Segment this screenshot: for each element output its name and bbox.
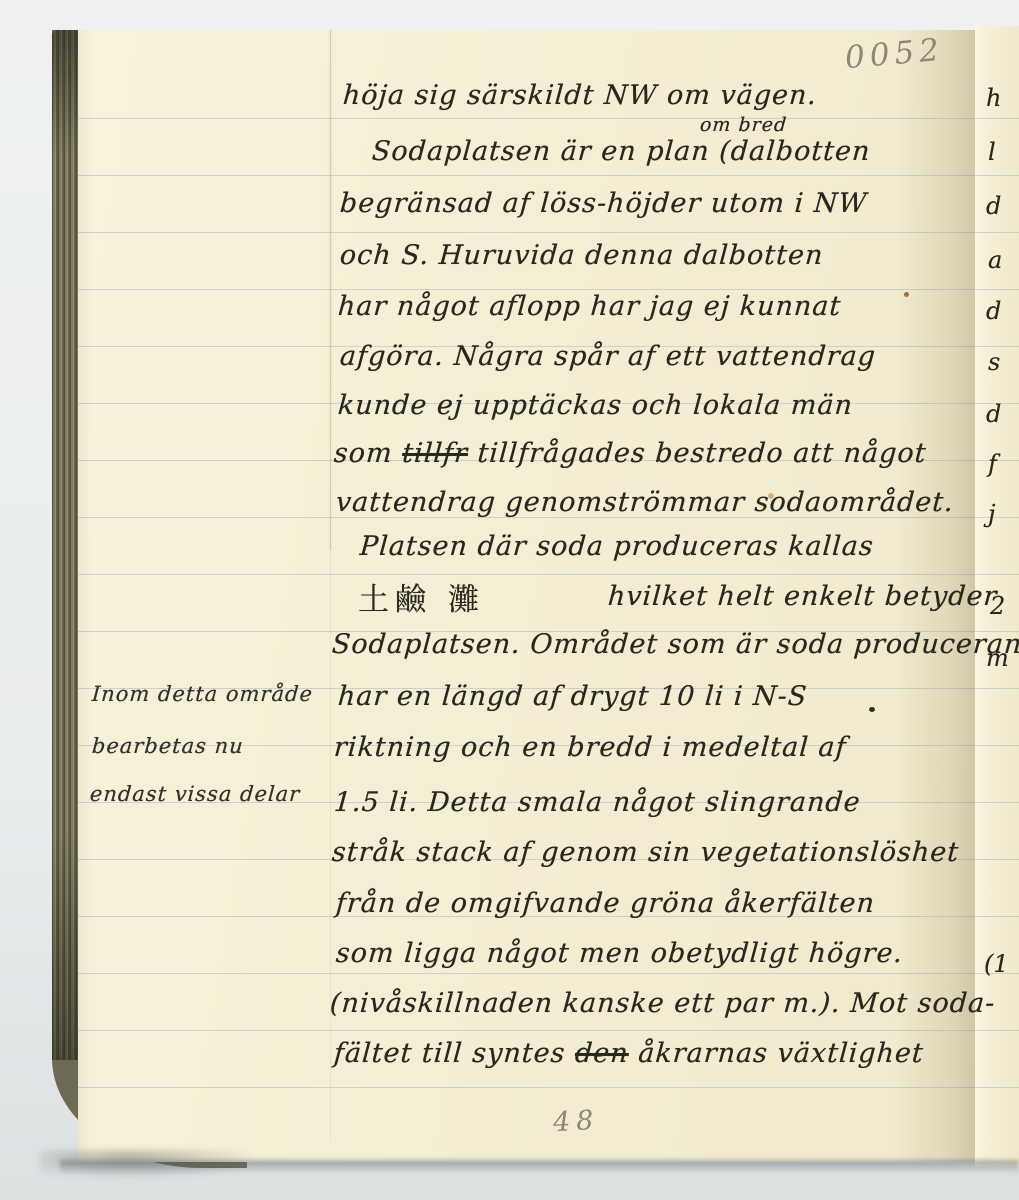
- page-crease-lower: [330, 550, 331, 1140]
- crossed-out-word: tillfr: [401, 438, 469, 469]
- facing-page-text-fragment: h: [986, 84, 1001, 112]
- ink-speck: [904, 292, 909, 297]
- handwriting-line: kunde ej upptäckas och lokala män: [337, 390, 854, 421]
- margin-note-line: bearbetas nu: [91, 734, 244, 758]
- facing-page-text-fragment: j: [988, 500, 995, 528]
- handwriting-line: fältet till syntes den åkrarnas växtligh…: [333, 1038, 925, 1069]
- handwriting-line: vattendrag genomströmmar sodaområdet.: [335, 487, 955, 518]
- handwriting-line: Platsen där soda produceras kallas: [359, 531, 875, 562]
- handwriting-line: som ligga något men obetydligt högre.: [335, 938, 904, 969]
- facing-page-text-fragment: d: [986, 400, 1001, 428]
- page-crease: [330, 30, 331, 550]
- handwriting-line: hvilket helt enkelt betyder: [607, 581, 999, 612]
- corner-shadow: [40, 1150, 260, 1180]
- facing-page-text-fragment: l: [988, 138, 996, 166]
- book-page-edges-texture: [52, 30, 79, 1060]
- handwriting-line: (nivåskillnaden kanske ett par m.). Mot …: [329, 988, 997, 1019]
- notebook-scan: 0052 48 höja sig särskildt NW om vägen.o…: [0, 0, 1019, 1200]
- facing-page-text-fragment: a: [988, 246, 1002, 274]
- page-number: 48: [552, 1105, 600, 1138]
- handwriting-line: som tillfr tillfrågades bestredo att någ…: [333, 438, 928, 469]
- handwriting-line: riktning och en bredd i medeltal af: [333, 732, 848, 763]
- handwriting-line: Sodaplatsen är en plan (dalbotten: [371, 136, 872, 167]
- handwriting-line: afgöra. Några spår af ett vattendrag: [339, 341, 877, 372]
- facing-page-text-fragment: m: [986, 644, 1009, 672]
- handwriting-line: höja sig särskildt NW om vägen.: [342, 80, 818, 111]
- facing-page-text-fragment: 2: [990, 592, 1005, 620]
- interlinear-insertion: om bred: [699, 114, 788, 136]
- margin-note-line: Inom detta område: [91, 682, 314, 706]
- handwriting-line: från de omgifvande gröna åkerfälten: [335, 888, 876, 919]
- ink-speck: [768, 493, 774, 499]
- handwriting-line: Sodaplatsen. Området som är soda produce…: [331, 629, 1019, 660]
- crossed-out-word: den: [574, 1038, 630, 1069]
- facing-page-text-fragment: (1: [984, 950, 1009, 978]
- handwriting-line: 1.5 li. Detta smala något slingrande: [333, 787, 862, 818]
- handwriting-line: har en längd af drygt 10 li i N-S: [337, 681, 808, 712]
- handwriting-line: och S. Huruvida denna dalbotten: [339, 240, 825, 271]
- margin-note-line: endast vissa delar: [89, 782, 301, 806]
- facing-page-text-fragment: f: [988, 450, 997, 478]
- handwriting-line: begränsad af löss-höjder utom i NW: [339, 188, 868, 219]
- handwriting-line: stråk stack af genom sin vegetationslösh…: [331, 837, 960, 868]
- facing-page-text-fragment: s: [988, 348, 1000, 376]
- ink-speck: [869, 707, 875, 712]
- handwriting-line: har något aflopp har jag ej kunnat: [337, 291, 842, 322]
- cjk-characters: 土鹼 灘: [358, 574, 485, 619]
- facing-page-text-fragment: d: [986, 297, 1001, 325]
- facing-page-text-fragment: d: [986, 192, 1001, 220]
